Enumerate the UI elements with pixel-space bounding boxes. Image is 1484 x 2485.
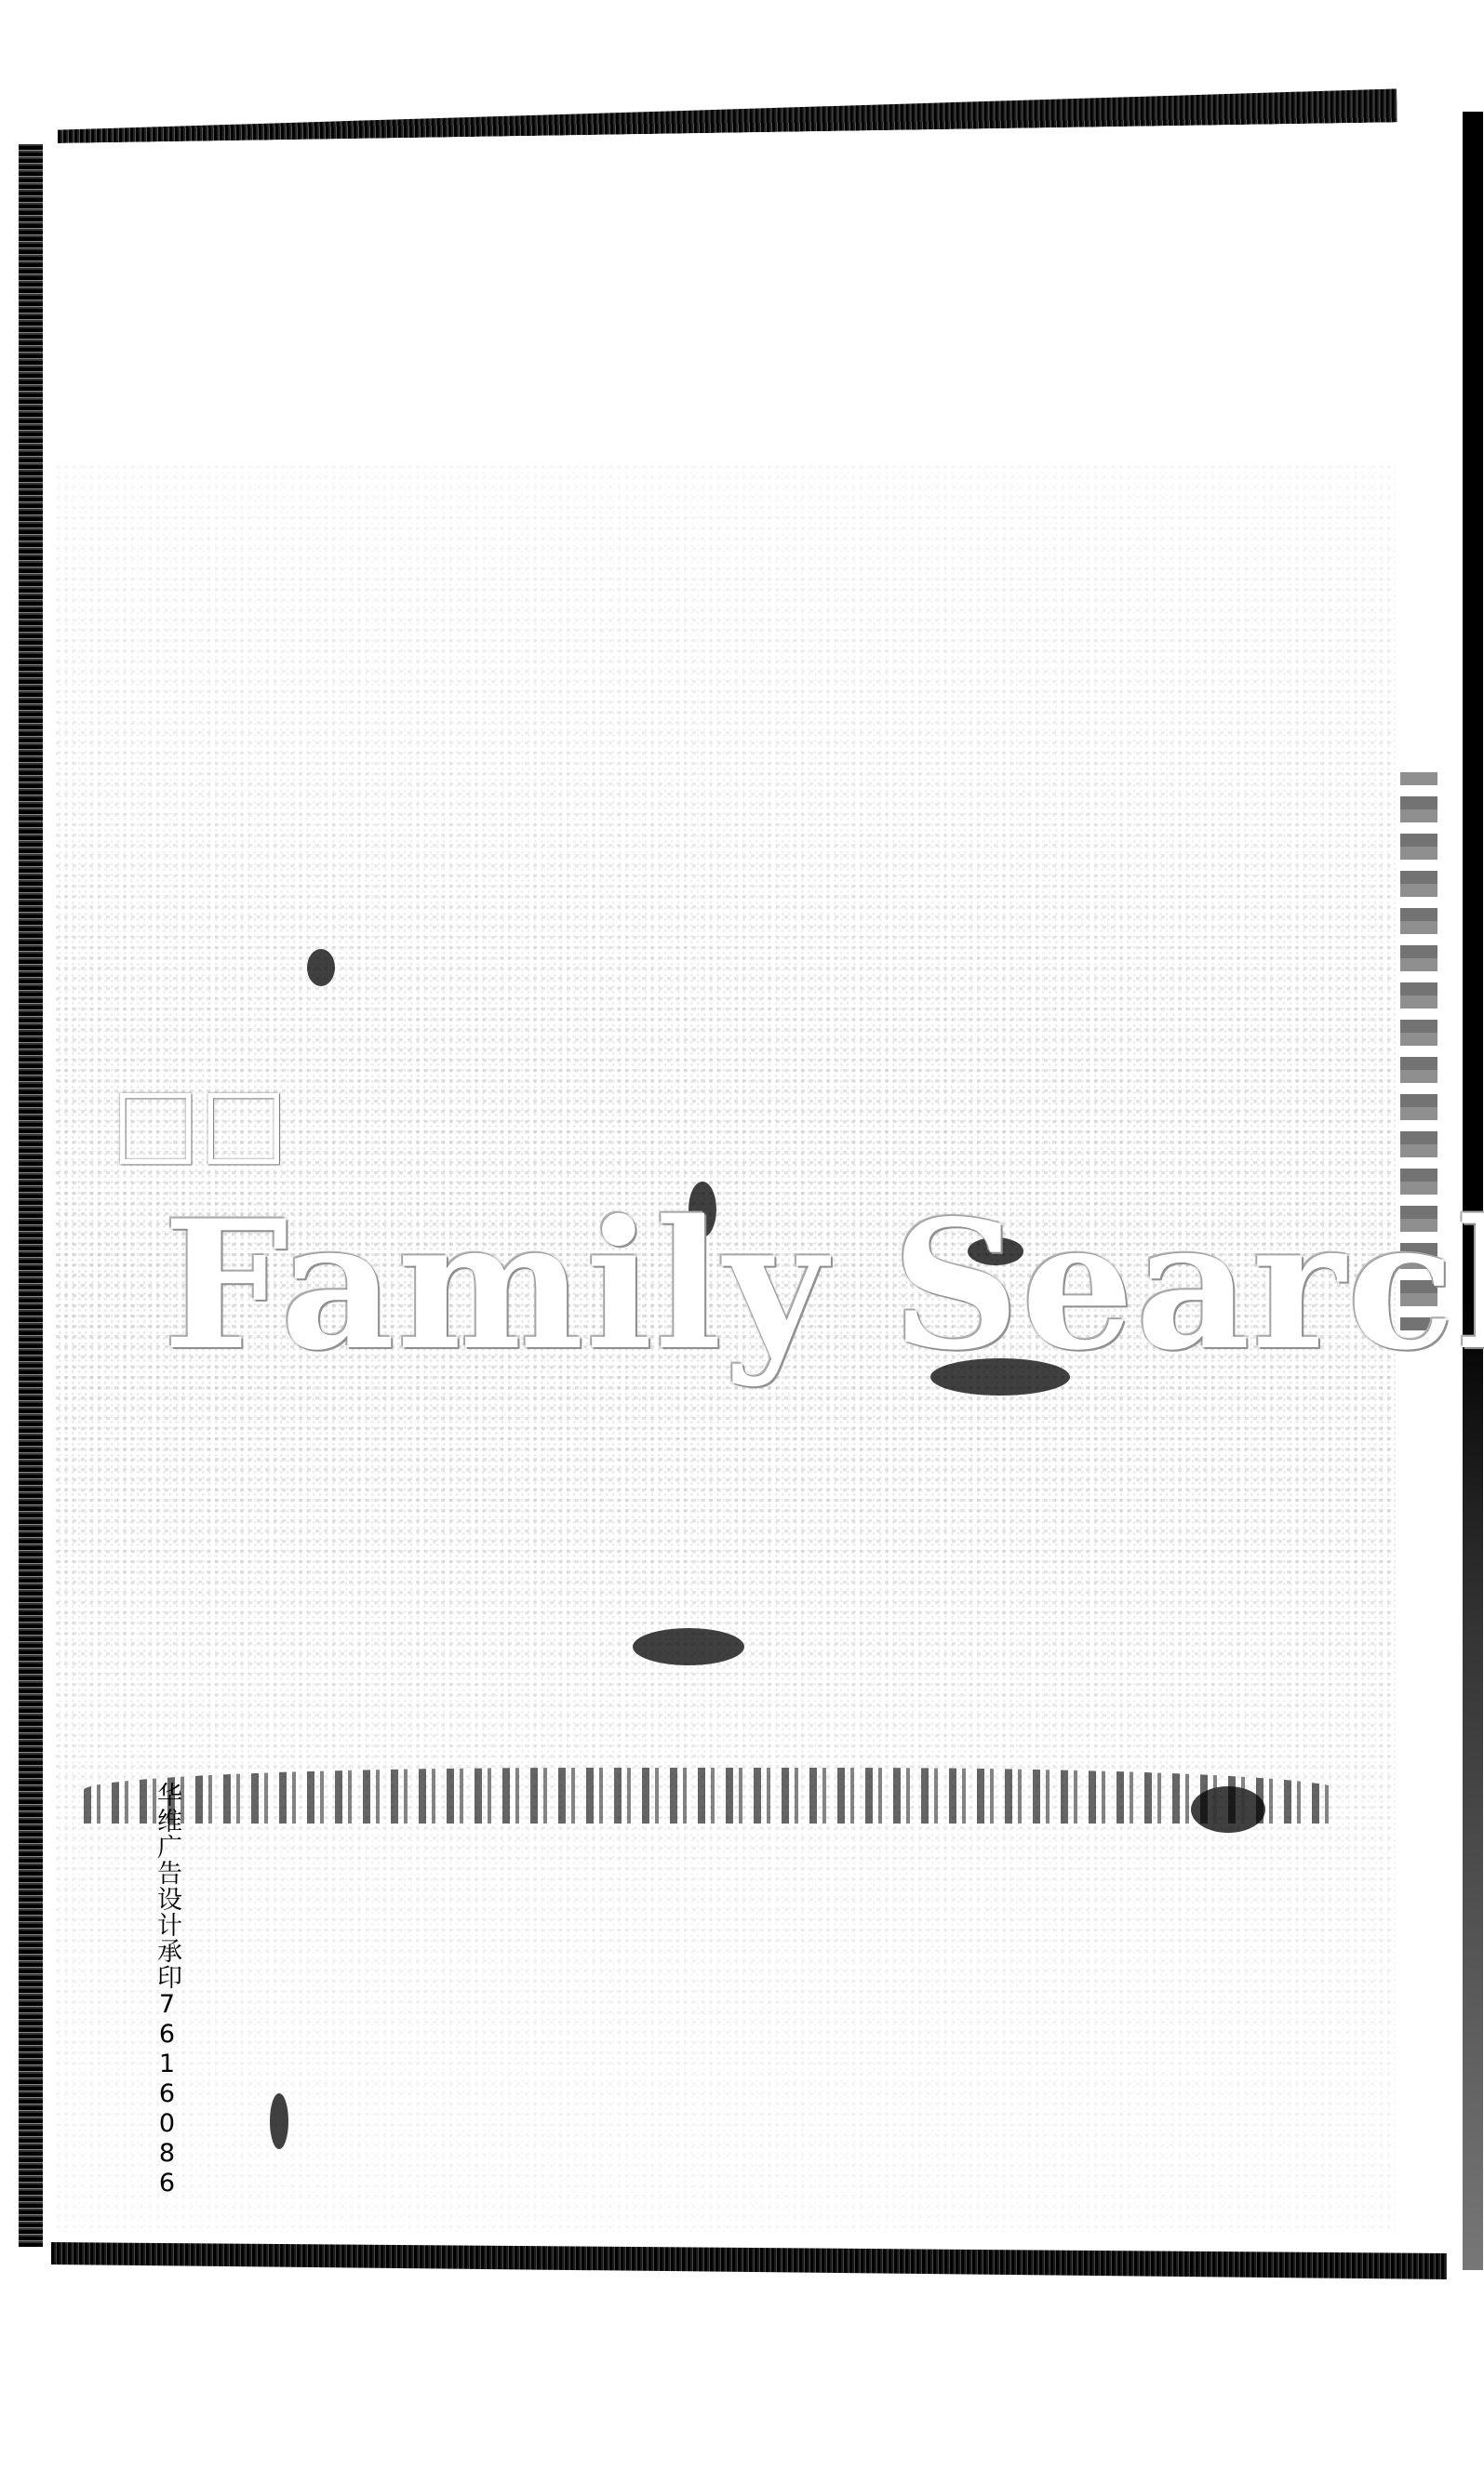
photo-speck <box>307 949 335 986</box>
photo-speck <box>270 2093 288 2149</box>
photo-speck <box>633 1628 744 1665</box>
cover-bottom-edge <box>51 2242 1447 2279</box>
cover-top-edge <box>57 88 1397 143</box>
cover-left-edge <box>19 144 43 2247</box>
hill-ridge <box>84 1768 1340 1824</box>
cover-title: Family Search <box>163 1182 1391 1389</box>
printer-credit: 华维广告设计承印7616086 <box>149 1782 185 2198</box>
